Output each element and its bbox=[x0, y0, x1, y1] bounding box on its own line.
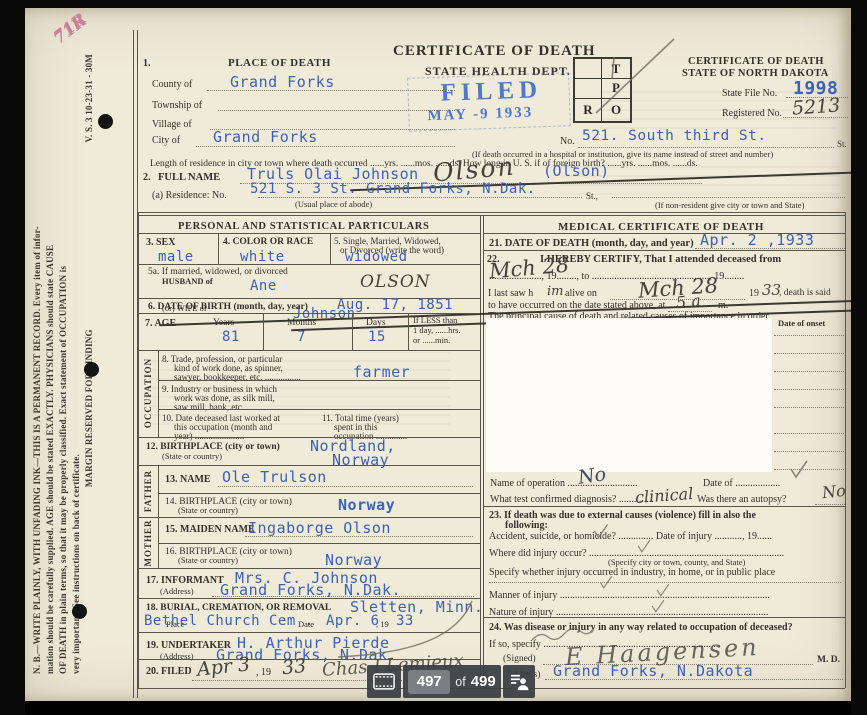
r14-label2: (State or country) bbox=[178, 506, 238, 516]
autopsy-hand: No bbox=[821, 481, 846, 502]
pencil-check-mark bbox=[655, 582, 671, 598]
certificate-title: CERTIFICATE OF DEATH bbox=[393, 43, 596, 60]
occurred-time-hand: 5 a bbox=[675, 291, 702, 312]
r20-label: 20. FILED bbox=[146, 666, 192, 677]
abode-note: (Usual place of abode) bbox=[295, 200, 372, 210]
r16-label2: (State or country) bbox=[178, 556, 238, 566]
street-value: 521. South third St. bbox=[582, 128, 767, 144]
filed-stamp: FILED MAY -9 1933 bbox=[407, 72, 571, 132]
saw-alive-post: , death is said bbox=[779, 288, 831, 299]
rule-line bbox=[263, 313, 264, 350]
pencil-check-mark bbox=[636, 538, 652, 554]
rule-line bbox=[483, 506, 845, 507]
punch-hole bbox=[84, 362, 99, 377]
r19-address-label: (Address) bbox=[160, 652, 194, 662]
index-view-button[interactable] bbox=[503, 665, 535, 698]
dotted-line bbox=[218, 109, 455, 111]
r17-address-label: (Address) bbox=[160, 587, 194, 597]
margin-binding-label: MARGIN RESERVED FOR BINDING bbox=[83, 329, 96, 487]
filmstrip-icon bbox=[373, 673, 395, 690]
r18-date-label: Date bbox=[298, 620, 314, 630]
rule-line bbox=[138, 437, 480, 438]
page-total: 499 bbox=[471, 673, 496, 690]
punch-hole bbox=[98, 114, 113, 129]
dotted-line bbox=[815, 503, 845, 505]
dotted-line bbox=[695, 247, 845, 249]
r13-label: 13. NAME bbox=[165, 474, 211, 485]
r12-label2: (State or country) bbox=[162, 452, 222, 462]
rule-line bbox=[138, 350, 480, 351]
dotted-line bbox=[545, 678, 843, 680]
dotted-line bbox=[774, 406, 844, 408]
rule-line bbox=[408, 313, 409, 350]
father-birthplace-value: Norway bbox=[338, 496, 395, 514]
accident-line: Accident, suicide, or homicide? ........… bbox=[489, 531, 772, 542]
punch-hole bbox=[72, 604, 87, 619]
occurred-post: m. bbox=[718, 300, 728, 311]
letterbox-right bbox=[851, 0, 867, 715]
saw-alive-im: im bbox=[547, 284, 564, 299]
father-name-value: Ole Trulson bbox=[222, 468, 327, 486]
margin-note-line: very important. See instructions on back… bbox=[70, 54, 83, 674]
pencil-check-mark bbox=[592, 522, 610, 540]
occupation-vertical-label: OCCUPATION bbox=[141, 353, 155, 433]
rule-line bbox=[138, 517, 480, 518]
filed-stamp-text: FILED bbox=[440, 76, 542, 108]
fullname-number: 2. bbox=[143, 172, 151, 183]
signed-label: (Signed) bbox=[503, 654, 536, 665]
certify-text: I HEREBY CERTIFY, That I attended deceas… bbox=[540, 254, 781, 266]
township-label: Township of bbox=[152, 100, 202, 111]
dotted-line bbox=[783, 116, 848, 118]
r5a-typed: Ane bbox=[250, 278, 277, 294]
operation-hand: No bbox=[577, 463, 608, 489]
document-viewer: N. B.—WRITE PLAINLY, WITH UNFADING INK—T… bbox=[0, 0, 867, 715]
rule-line bbox=[138, 264, 480, 265]
dotted-line bbox=[245, 535, 473, 537]
rule-line bbox=[138, 313, 480, 314]
rule-line bbox=[483, 250, 845, 251]
st-suffix: St. bbox=[837, 139, 847, 149]
r9-line3: saw mill, bank, etc. ...................… bbox=[174, 402, 302, 412]
pencil-diagonal-mark bbox=[588, 33, 683, 118]
street-no-label: No. bbox=[560, 136, 575, 147]
age-months-value: 7 bbox=[297, 329, 306, 345]
filed-stamp-date: MAY -9 1933 bbox=[427, 104, 533, 125]
page-navigation[interactable]: 497 of 499 bbox=[403, 665, 501, 698]
onset-label: Date of onset bbox=[778, 319, 825, 329]
residence-label: (a) Residence: No. bbox=[152, 190, 227, 201]
rule-line bbox=[845, 212, 846, 688]
dotted-line bbox=[774, 352, 844, 354]
birthplace-value-2: Norway bbox=[332, 451, 389, 469]
page-of-label: of bbox=[455, 675, 465, 689]
r23-line2: following: bbox=[505, 520, 548, 531]
right-cert-title: CERTIFICATE OF DEATH bbox=[688, 56, 824, 68]
registered-label: Registered No. bbox=[722, 108, 782, 119]
place-of-death-title: PLACE OF DEATH bbox=[228, 57, 331, 69]
rule-line bbox=[158, 350, 159, 437]
state-file-label: State File No. bbox=[722, 88, 777, 99]
rule-line bbox=[138, 212, 139, 688]
r21-label: 21. DATE OF DEATH (month, day, and year) bbox=[489, 238, 694, 250]
md-label: M. D. bbox=[817, 655, 840, 666]
county-value: Grand Forks bbox=[230, 73, 335, 91]
r5a-handwritten: OLSON bbox=[360, 272, 431, 292]
rule-line bbox=[218, 233, 219, 264]
r5a-husband: HUSBAND of bbox=[162, 277, 213, 287]
margin-rule bbox=[133, 30, 134, 698]
r20-printed: , 19 bbox=[256, 667, 271, 678]
rule-line bbox=[480, 215, 481, 688]
age-months-label: Months bbox=[287, 318, 316, 329]
dotted-line bbox=[774, 432, 844, 434]
occupation-value: farmer bbox=[353, 363, 410, 381]
sex-value: male bbox=[158, 249, 194, 265]
county-label: County of bbox=[152, 79, 192, 90]
city-label: City of bbox=[152, 135, 180, 146]
fullname-label: FULL NAME bbox=[158, 172, 220, 184]
pencil-check-mark bbox=[650, 598, 666, 614]
rule-line bbox=[158, 543, 480, 544]
margin-form-number: V. S. 3 10-23-31 - 30M bbox=[83, 54, 96, 142]
rule-line bbox=[138, 215, 845, 216]
item-1-number: 1. bbox=[143, 58, 151, 69]
manner-injury-line: Manner of injury .......................… bbox=[489, 590, 770, 601]
r17-label: 17. INFORMANT bbox=[146, 575, 224, 586]
mother-vertical-label: MOTHER bbox=[141, 503, 155, 583]
rule-line bbox=[138, 465, 480, 466]
autopsy-label: Was there an autopsy? bbox=[697, 494, 786, 505]
age-years-value: 81 bbox=[222, 329, 240, 345]
residence-st: St., bbox=[586, 191, 598, 201]
rule-line bbox=[483, 617, 845, 618]
rule-line bbox=[330, 233, 331, 264]
rule-line bbox=[352, 313, 353, 350]
nonresident-note: (If non-resident give city or town and S… bbox=[655, 201, 804, 211]
dotted-line bbox=[774, 450, 844, 452]
saw-alive-mid: alive on bbox=[565, 288, 597, 299]
fullname-paren: (Olson) bbox=[543, 162, 610, 180]
pencil-check-mark bbox=[788, 458, 810, 480]
operation-date-label: Date of .................. bbox=[703, 478, 780, 489]
color-value: white bbox=[240, 249, 285, 265]
mother-birthplace-value: Norway bbox=[325, 551, 382, 569]
index-person-icon bbox=[509, 673, 529, 691]
dotted-line bbox=[218, 485, 473, 487]
redacted-cause-area bbox=[486, 318, 772, 472]
filmstrip-button[interactable] bbox=[367, 665, 401, 698]
letterbox-bottom bbox=[0, 701, 867, 715]
personal-header: PERSONAL AND STATISTICAL PARTICULARS bbox=[178, 221, 429, 233]
age-years-label: Years bbox=[213, 318, 234, 329]
burial-cemetery-value: Bethel Church Cem . bbox=[144, 613, 314, 629]
color-label: 4. COLOR OR RACE bbox=[223, 237, 313, 248]
village-label: Village of bbox=[152, 119, 192, 130]
rule-line bbox=[158, 493, 480, 494]
page-number-input[interactable]: 497 bbox=[408, 670, 450, 694]
marital-value: widowed bbox=[345, 249, 408, 265]
rule-line bbox=[138, 233, 480, 234]
occurred-pre: to have occurred on the date stated abov… bbox=[488, 300, 665, 311]
margin-note-line: OF DEATH in plain terms, so that it may … bbox=[57, 54, 70, 674]
saw-year-printed: 19 bbox=[749, 288, 759, 299]
filed-year-handwritten: 33 bbox=[281, 655, 307, 679]
test-label: What test confirmed diagnosis? .........… bbox=[490, 494, 654, 505]
saw-alive-pre: I last saw h bbox=[488, 288, 533, 299]
residence-value: 521 S. 3 St. Grand Forks, N.Dak. bbox=[250, 181, 536, 197]
city-value: Grand Forks bbox=[213, 128, 318, 146]
age-label: 7. AGE bbox=[145, 318, 176, 329]
dob-value: Aug. 17, 1851 bbox=[337, 297, 453, 313]
sex-label: 3. SEX bbox=[146, 237, 175, 248]
dotted-line bbox=[774, 370, 844, 372]
letterbox-top bbox=[0, 0, 867, 8]
rule-line bbox=[138, 212, 845, 213]
dotted-line bbox=[774, 388, 844, 390]
dob-label: 6. DATE OF BIRTH (month, day, year) bbox=[148, 302, 308, 313]
dotted-line bbox=[774, 334, 844, 336]
specify-injury-line: Specify whether injury occurred in indus… bbox=[489, 567, 775, 578]
dotted-line bbox=[612, 196, 845, 198]
rule-line bbox=[158, 380, 480, 381]
dotted-line bbox=[578, 146, 834, 148]
r15-label: 15. MAIDEN NAME bbox=[165, 524, 255, 535]
margin-note-line: N. B.—WRITE PLAINLY, WITH UNFADING INK—T… bbox=[31, 54, 44, 674]
letterbox-left bbox=[0, 0, 25, 715]
rule-line bbox=[158, 409, 480, 410]
age-days-label: Days bbox=[366, 318, 386, 329]
margin-note-line: mation should be carefully supplied. AGE… bbox=[44, 54, 57, 674]
age-days-value: 15 bbox=[368, 329, 386, 345]
age-less-3: or ......min. bbox=[413, 336, 450, 346]
test-hand: clinical bbox=[634, 484, 693, 507]
operation-label: Name of operation ......................… bbox=[490, 478, 637, 489]
